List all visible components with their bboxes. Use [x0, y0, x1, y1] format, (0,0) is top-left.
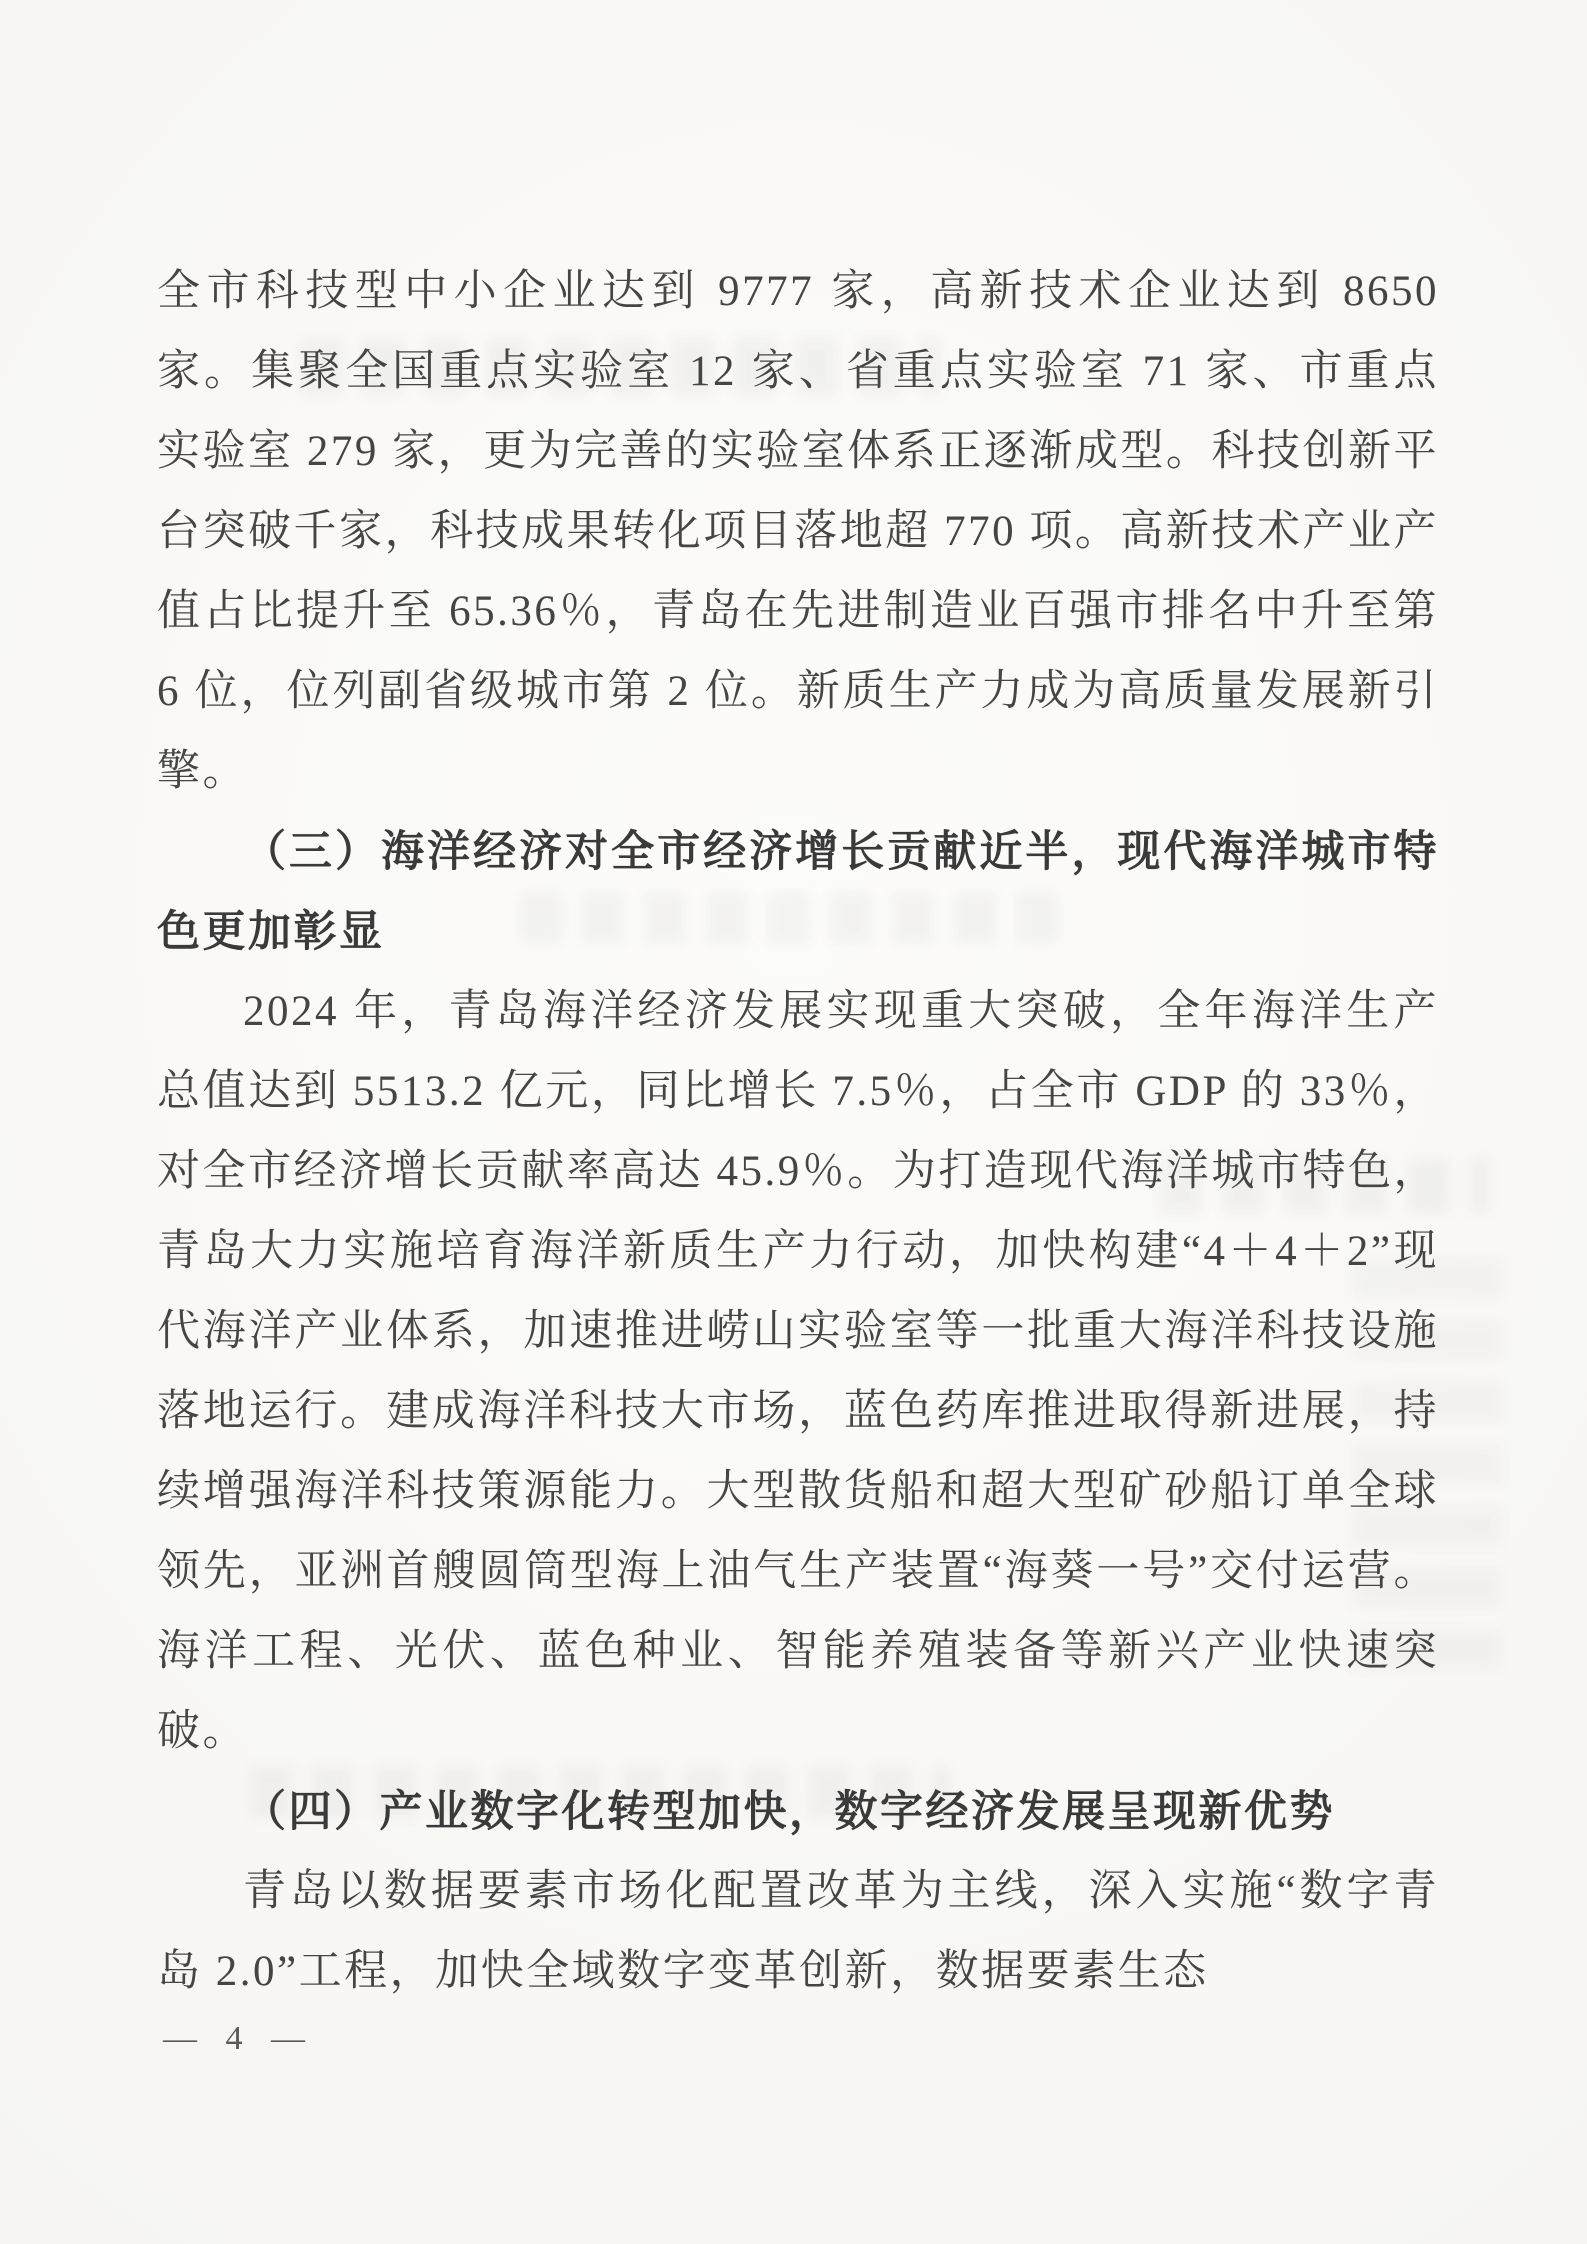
paragraph-digital-economy: 青岛以数据要素市场化配置改革为主线，深入实施“数字青岛 2.0”工程，加快全域数…	[157, 1852, 1439, 2012]
paragraph-marine-economy: 2024 年，青岛海洋经济发展实现重大突破，全年海洋生产总值达到 5513.2 …	[157, 972, 1439, 1772]
section-heading-digital-economy: （四）产业数字化转型加快，数字经济发展呈现新优势	[157, 1772, 1439, 1852]
page-number: — 4 —	[163, 2020, 315, 2058]
paragraph-science-tech-continued: 全市科技型中小企业达到 9777 家，高新技术企业达到 8650 家。集聚全国重…	[157, 252, 1439, 812]
document-body: 全市科技型中小企业达到 9777 家，高新技术企业达到 8650 家。集聚全国重…	[157, 252, 1439, 2012]
scanned-document-page: 全市科技型中小企业达到 9777 家，高新技术企业达到 8650 家。集聚全国重…	[0, 0, 1587, 2244]
section-heading-marine-economy: （三）海洋经济对全市经济增长贡献近半，现代海洋城市特色更加彰显	[157, 812, 1439, 972]
